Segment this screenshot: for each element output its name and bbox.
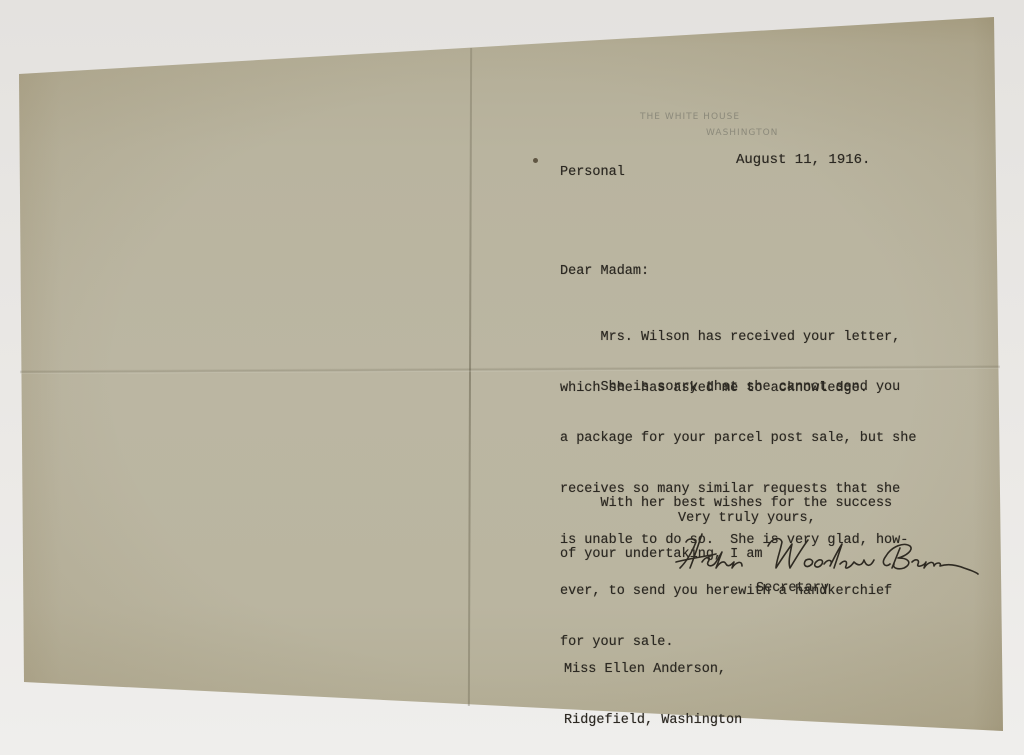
letterhead-title: THE WHITE HOUSE [640, 112, 740, 122]
paragraph-2-line: a package for your parcel post sale, but… [560, 430, 916, 447]
personal-marking: Personal [560, 164, 625, 181]
closing: Very truly yours, [678, 510, 816, 527]
salutation: Dear Madam: [560, 263, 649, 280]
recipient-address: Miss Ellen Anderson, Ridgefield, Washing… [564, 627, 742, 746]
paragraph-2-line: She is sorry that she cannot send you [560, 379, 916, 396]
signature-handwriting: Helen Woodrow Bones [672, 528, 982, 588]
recipient-location: Ridgefield, Washington [564, 712, 742, 729]
recipient-name: Miss Ellen Anderson, [564, 661, 742, 678]
ink-spot [533, 158, 538, 163]
paragraph-1-line: Mrs. Wilson has received your letter, [560, 329, 900, 346]
signer-title: Secretary [756, 580, 829, 597]
letter-date: August 11, 1916. [736, 152, 870, 169]
letterhead-location: WASHINGTON [706, 128, 778, 138]
